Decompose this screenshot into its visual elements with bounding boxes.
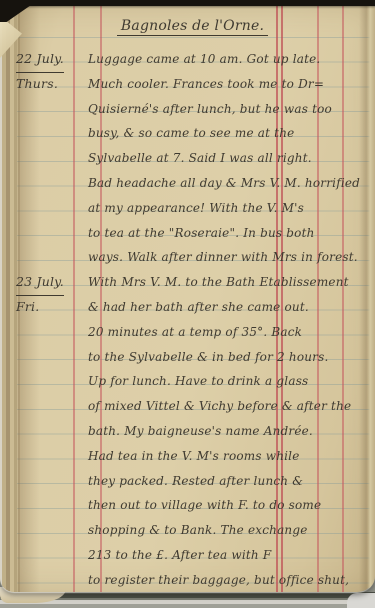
diary-line: ways. Walk after dinner with Mrs in fore… — [0, 245, 371, 270]
line-text: of mixed Vittel & Vichy before & after t… — [88, 394, 351, 419]
diary-line: shopping & to Bank. The exchange — [0, 518, 371, 543]
line-text: to tea at the "Roseraie". In bus both — [88, 221, 315, 246]
diary-line: Up for lunch. Have to drink a glass — [0, 369, 371, 394]
line-text: to register their baggage, but office sh… — [88, 568, 349, 593]
diary-line: 213 to the £. After tea with F — [0, 543, 371, 568]
line-text: Up for lunch. Have to drink a glass — [88, 369, 308, 394]
scanned-diary-photo: Bagnoles de l'Orne. 22 July. Luggage cam… — [0, 0, 375, 608]
diary-lines: 22 July. Luggage came at 10 am. Got up l… — [0, 47, 371, 593]
line-text: busy, & so came to see me at the — [88, 121, 294, 146]
line-text: Much cooler. Frances took me to Dr= — [88, 72, 324, 97]
diary-line: of mixed Vittel & Vichy before & after t… — [0, 394, 371, 419]
line-text: shopping & to Bank. The exchange — [88, 518, 308, 543]
line-text: Had tea in the V. M's rooms while — [88, 444, 300, 469]
line-text: 20 minutes at a temp of 35°. Back — [88, 320, 302, 345]
line-text: With Mrs V. M. to the Bath Etablissement — [88, 270, 349, 295]
page-title: Bagnoles de l'Orne. — [95, 18, 290, 34]
line-text: 213 to the £. After tea with F — [88, 543, 271, 568]
line-text: to the Sylvabelle & in bed for 2 hours. — [88, 345, 329, 370]
entry-date: Fri. — [16, 295, 39, 320]
line-text: Luggage came at 10 am. Got up late. — [88, 47, 320, 72]
diary-line: to the Sylvabelle & in bed for 2 hours. — [0, 345, 371, 370]
diary-line: to tea at the "Roseraie". In bus both — [0, 221, 371, 246]
journal-page: Bagnoles de l'Orne. 22 July. Luggage cam… — [0, 6, 375, 592]
diary-line: 20 minutes at a temp of 35°. Back — [0, 320, 371, 345]
diary-line: Thurs. Much cooler. Frances took me to D… — [0, 72, 371, 97]
diary-line: at my appearance! With the V. M's — [0, 196, 371, 221]
line-text: & had her bath after she came out. — [88, 295, 309, 320]
background-bottom-right — [347, 593, 375, 608]
diary-line: Quisierné's after lunch, but he was too — [0, 97, 371, 122]
line-text: then out to village with F. to do some — [88, 493, 321, 518]
entry-date: 23 July. — [16, 270, 64, 296]
diary-line: Bad headache all day & Mrs V. M. horrifi… — [0, 171, 371, 196]
line-text: at my appearance! With the V. M's — [88, 196, 304, 221]
line-text: ways. Walk after dinner with Mrs in fore… — [88, 245, 358, 270]
line-text: Bad headache all day & Mrs V. M. horrifi… — [88, 171, 360, 196]
diary-line: Fri. & had her bath after she came out. — [0, 295, 371, 320]
diary-line: Had tea in the V. M's rooms while — [0, 444, 371, 469]
line-text: Quisierné's after lunch, but he was too — [88, 97, 332, 122]
diary-line: Sylvabelle at 7. Said I was all right. — [0, 146, 371, 171]
diary-line: bath. My baigneuse's name Andrée. — [0, 419, 371, 444]
entry-date: 22 July. — [16, 47, 64, 73]
line-text: bath. My baigneuse's name Andrée. — [88, 419, 313, 444]
line-text: Sylvabelle at 7. Said I was all right. — [88, 146, 312, 171]
page-title-text: Bagnoles de l'Orne. — [117, 18, 268, 36]
entry-date: Thurs. — [16, 72, 58, 97]
diary-line: they packed. Rested after lunch & — [0, 469, 371, 494]
notebook-cover-edge — [0, 0, 375, 6]
line-text: they packed. Rested after lunch & — [88, 469, 303, 494]
diary-line: then out to village with F. to do some — [0, 493, 371, 518]
diary-line: to register their baggage, but office sh… — [0, 568, 371, 593]
diary-line: 23 July. With Mrs V. M. to the Bath Etab… — [0, 270, 371, 295]
diary-line: busy, & so came to see me at the — [0, 121, 371, 146]
diary-line: 22 July. Luggage came at 10 am. Got up l… — [0, 47, 371, 72]
